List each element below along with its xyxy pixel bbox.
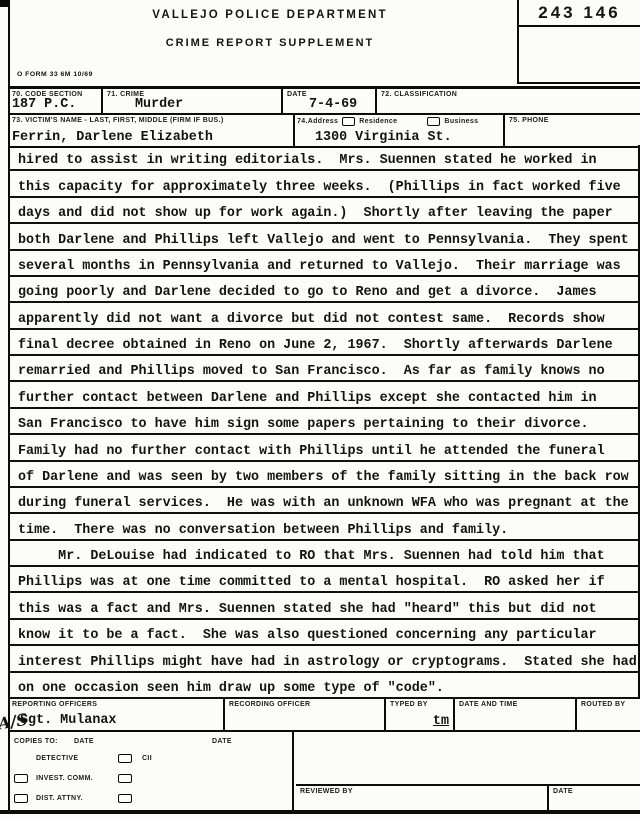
typed-line-text: further contact between Darlene and Phil… xyxy=(18,391,597,406)
classification-cell: 72. CLASSIFICATION xyxy=(377,89,640,113)
victim-name-label: 73. VICTIM'S NAME - LAST, FIRST, MIDDLE … xyxy=(8,115,293,124)
typed-line-text: final decree obtained in Reno on June 2,… xyxy=(18,338,613,353)
phone-label: 75. PHONE xyxy=(505,115,640,124)
address-label: 74.Address xyxy=(297,118,338,125)
reviewed-by-label: REVIEWED BY xyxy=(296,786,547,795)
copies-to-section: COPIES TO: DATE DATE DETECTIVECIIINVEST.… xyxy=(8,732,294,810)
typed-line-text: on one occasion seen him draw up some ty… xyxy=(18,681,444,696)
typed-line-text: both Darlene and Phillips left Vallejo a… xyxy=(18,233,629,248)
typed-line: Family had no further contact with Phill… xyxy=(8,435,638,461)
review-section: REVIEWED BY DATE xyxy=(296,732,640,810)
typed-line: on one occasion seen him draw up some ty… xyxy=(8,673,638,699)
typed-line-text: know it to be a fact. She was also quest… xyxy=(18,628,597,643)
reporting-officers-cell: REPORTING OFFICERS Sgt. Mulanax xyxy=(8,699,225,730)
typed-line-text: San Francisco to have him sign some pape… xyxy=(18,417,589,432)
date-value: 7-4-69 xyxy=(309,97,357,112)
typed-line: time. There was no conversation between … xyxy=(8,514,638,540)
typed-line-text: hired to assist in writing editorials. M… xyxy=(18,153,597,168)
typed-line-text: apparently did not want a divorce but di… xyxy=(18,312,605,327)
reporting-officers-value: Sgt. Mulanax xyxy=(20,713,116,728)
phone-cell: 75. PHONE xyxy=(505,115,640,146)
routed-by-label: ROUTED BY xyxy=(577,699,640,708)
typed-by-label: TYPED BY xyxy=(386,699,453,708)
typed-line-text: this was a fact and Mrs. Suennen stated … xyxy=(18,602,597,617)
residence-checkbox-icon xyxy=(342,117,355,126)
typed-by-value: tm xyxy=(433,714,449,729)
typed-line: remarried and Phillips moved to San Fran… xyxy=(8,356,638,382)
typed-by-cell: TYPED BY tm xyxy=(386,699,455,730)
typed-line: several months in Pennsylvania and retur… xyxy=(8,251,638,277)
typed-line-text: several months in Pennsylvania and retur… xyxy=(18,259,621,274)
copies-row: INVEST. COMM. xyxy=(8,770,292,790)
copies-to-label: COPIES TO: xyxy=(14,738,58,745)
reviewed-row: REVIEWED BY DATE xyxy=(296,784,640,810)
form-title: CRIME REPORT SUPPLEMENT xyxy=(60,37,480,49)
reporting-officers-label: REPORTING OFFICERS xyxy=(8,699,223,708)
typed-line-text: going poorly and Darlene decided to go t… xyxy=(18,285,597,300)
bottom-border-line xyxy=(0,810,640,814)
victim-name-cell: 73. VICTIM'S NAME - LAST, FIRST, MIDDLE … xyxy=(8,115,295,146)
copies-row: DETECTIVECII xyxy=(8,750,292,770)
copies-date-label: DATE xyxy=(74,738,94,745)
checkbox-icon xyxy=(118,794,132,803)
checkbox-icon xyxy=(14,774,28,783)
typed-line-text: Family had no further contact with Phill… xyxy=(18,444,605,459)
typed-line-text: interest Phillips might have had in astr… xyxy=(18,655,637,670)
typed-line: Mr. DeLouise had indicated to RO that Mr… xyxy=(8,541,638,567)
typed-line: San Francisco to have him sign some pape… xyxy=(8,409,638,435)
department-title: VALLEJO POLICE DEPARTMENT xyxy=(60,9,480,21)
typed-line-text: remarried and Phillips moved to San Fran… xyxy=(18,364,605,379)
code-section-cell: 70. CODE SECTION 187 P.C. xyxy=(8,89,103,113)
typed-line: Phillips was at one time committed to a … xyxy=(8,567,638,593)
typed-line: both Darlene and Phillips left Vallejo a… xyxy=(8,224,638,250)
typed-line: during funeral services. He was with an … xyxy=(8,488,638,514)
business-label: Business xyxy=(444,118,478,125)
crime-label: 71. CRIME xyxy=(103,89,281,98)
typed-line: final decree obtained in Reno on June 2,… xyxy=(8,330,638,356)
typed-line-text: Mr. DeLouise had indicated to RO that Mr… xyxy=(18,549,605,564)
copies-row-right-label: CII xyxy=(142,755,152,762)
typed-line-text: during funeral services. He was with an … xyxy=(18,496,629,511)
typed-line: interest Phillips might have had in astr… xyxy=(8,646,638,672)
typed-line: apparently did not want a divorce but di… xyxy=(8,303,638,329)
reviewed-date-label: DATE xyxy=(549,786,640,795)
copies-row-label: DIST. ATTNY. xyxy=(36,795,83,802)
typed-line-text: this capacity for approximately three we… xyxy=(18,180,621,195)
address-value: 1300 Virginia St. xyxy=(315,130,452,145)
crime-value: Murder xyxy=(135,97,183,112)
form-number: O FORM 33 6M 10/69 xyxy=(17,71,93,78)
copies-rows: DETECTIVECIIINVEST. COMM.DIST. ATTNY. xyxy=(8,750,292,810)
typed-line: of Darlene and was seen by two members o… xyxy=(8,462,638,488)
copies-date-label-2: DATE xyxy=(212,738,232,745)
date-and-time-cell: DATE AND TIME xyxy=(455,699,577,730)
recording-officer-cell: RECORDING OFFICER xyxy=(225,699,386,730)
typed-line-text: of Darlene and was seen by two members o… xyxy=(18,470,629,485)
case-number: 243 146 xyxy=(519,0,640,27)
copies-row-label: DETECTIVE xyxy=(36,755,78,762)
copies-row-label: INVEST. COMM. xyxy=(36,775,93,782)
classification-label: 72. CLASSIFICATION xyxy=(377,89,640,98)
date-cell: DATE 7-4-69 xyxy=(283,89,377,113)
report-body: hired to assist in writing editorials. M… xyxy=(8,145,640,699)
victim-name-value: Ferrin, Darlene Elizabeth xyxy=(12,130,213,145)
date-and-time-label: DATE AND TIME xyxy=(455,699,575,708)
code-section-value: 187 P.C. xyxy=(12,97,76,112)
typed-line-text: time. There was no conversation between … xyxy=(18,523,508,538)
reviewed-date-cell: DATE xyxy=(547,786,640,810)
reviewed-by-cell: REVIEWED BY xyxy=(296,786,547,810)
form-grid: 70. CODE SECTION 187 P.C. 71. CRIME Murd… xyxy=(8,86,640,148)
copies-to-header: COPIES TO: DATE DATE xyxy=(8,732,292,750)
address-cell: 74.Address Residence Business 1300 Virgi… xyxy=(295,115,505,146)
typed-line: further contact between Darlene and Phil… xyxy=(8,382,638,408)
routed-by-cell: ROUTED BY xyxy=(577,699,640,730)
case-number-box: 243 146 xyxy=(517,0,640,84)
form-row-crime: 70. CODE SECTION 187 P.C. 71. CRIME Murd… xyxy=(8,89,640,115)
checkbox-icon xyxy=(14,794,28,803)
officers-row: REPORTING OFFICERS Sgt. Mulanax RECORDIN… xyxy=(8,699,640,732)
recording-officer-label: RECORDING OFFICER xyxy=(225,699,384,708)
typed-line: know it to be a fact. She was also quest… xyxy=(8,620,638,646)
typed-line: going poorly and Darlene decided to go t… xyxy=(8,277,638,303)
business-checkbox-icon xyxy=(427,117,440,126)
typed-line: this capacity for approximately three we… xyxy=(8,171,638,197)
typed-line-text: Phillips was at one time committed to a … xyxy=(18,575,605,590)
copies-row: DIST. ATTNY. xyxy=(8,790,292,810)
crime-report-supplement-page: VALLEJO POLICE DEPARTMENT CRIME REPORT S… xyxy=(0,0,640,818)
form-row-victim: 73. VICTIM'S NAME - LAST, FIRST, MIDDLE … xyxy=(8,115,640,148)
typed-line-text: days and did not show up for work again.… xyxy=(18,206,613,221)
residence-label: Residence xyxy=(359,118,397,125)
typed-line: days and did not show up for work again.… xyxy=(8,198,638,224)
checkbox-icon xyxy=(118,754,132,763)
typed-line: hired to assist in writing editorials. M… xyxy=(8,145,638,171)
typed-line: this was a fact and Mrs. Suennen stated … xyxy=(8,593,638,619)
checkbox-icon xyxy=(118,774,132,783)
crime-cell: 71. CRIME Murder xyxy=(103,89,283,113)
